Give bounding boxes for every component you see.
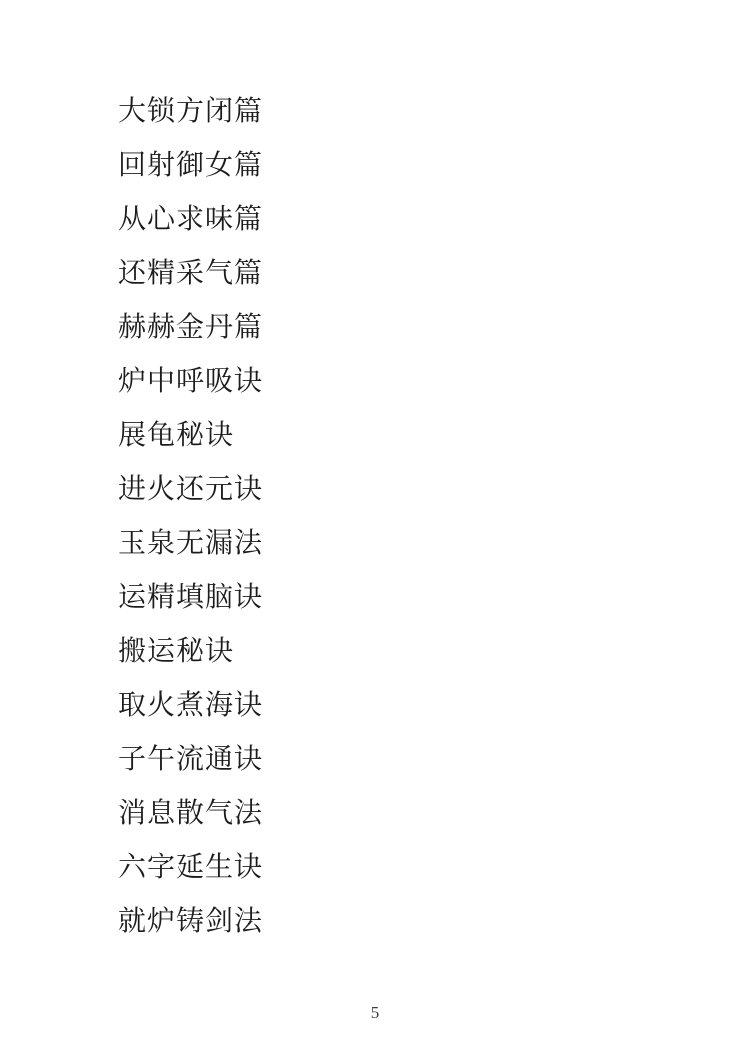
list-item: 取火煮海诀	[118, 676, 750, 730]
list-item: 玉泉无漏法	[118, 514, 750, 568]
list-item: 进火还元诀	[118, 460, 750, 514]
list-item: 炉中呼吸诀	[118, 352, 750, 406]
list-item: 搬运秘诀	[118, 622, 750, 676]
list-item: 大锁方闭篇	[118, 82, 750, 136]
list-item: 赫赫金丹篇	[118, 298, 750, 352]
list-item: 子午流通诀	[118, 730, 750, 784]
list-item: 还精采气篇	[118, 244, 750, 298]
list-item: 六字延生诀	[118, 838, 750, 892]
page-number: 5	[0, 1003, 750, 1023]
list-item: 消息散气法	[118, 784, 750, 838]
document-page: 大锁方闭篇回射御女篇从心求味篇还精采气篇赫赫金丹篇炉中呼吸诀展龟秘诀进火还元诀玉…	[0, 0, 750, 1061]
list-item: 回射御女篇	[118, 136, 750, 190]
list-item: 运精填脑诀	[118, 568, 750, 622]
list-item: 从心求味篇	[118, 190, 750, 244]
list-item: 展龟秘诀	[118, 406, 750, 460]
chapter-list: 大锁方闭篇回射御女篇从心求味篇还精采气篇赫赫金丹篇炉中呼吸诀展龟秘诀进火还元诀玉…	[118, 82, 750, 946]
list-item: 就炉铸剑法	[118, 892, 750, 946]
